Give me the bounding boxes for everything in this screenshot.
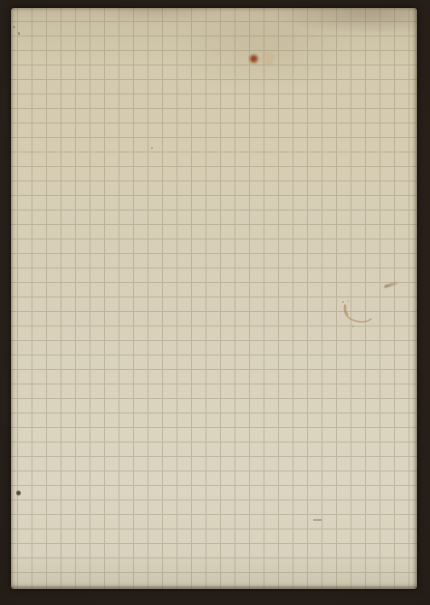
pencil-smudge <box>338 298 374 330</box>
paper-speck <box>151 147 153 149</box>
faint-scratch <box>313 519 322 521</box>
edge-speck-b <box>18 32 20 35</box>
card-marks <box>11 8 417 589</box>
paper-blemish <box>261 52 275 65</box>
scan-background <box>0 0 430 605</box>
edge-speck-a <box>13 26 15 28</box>
ink-smudge-dash <box>384 281 400 289</box>
index-card <box>11 8 417 589</box>
dark-fleck <box>16 490 21 496</box>
rust-stain <box>248 53 260 65</box>
